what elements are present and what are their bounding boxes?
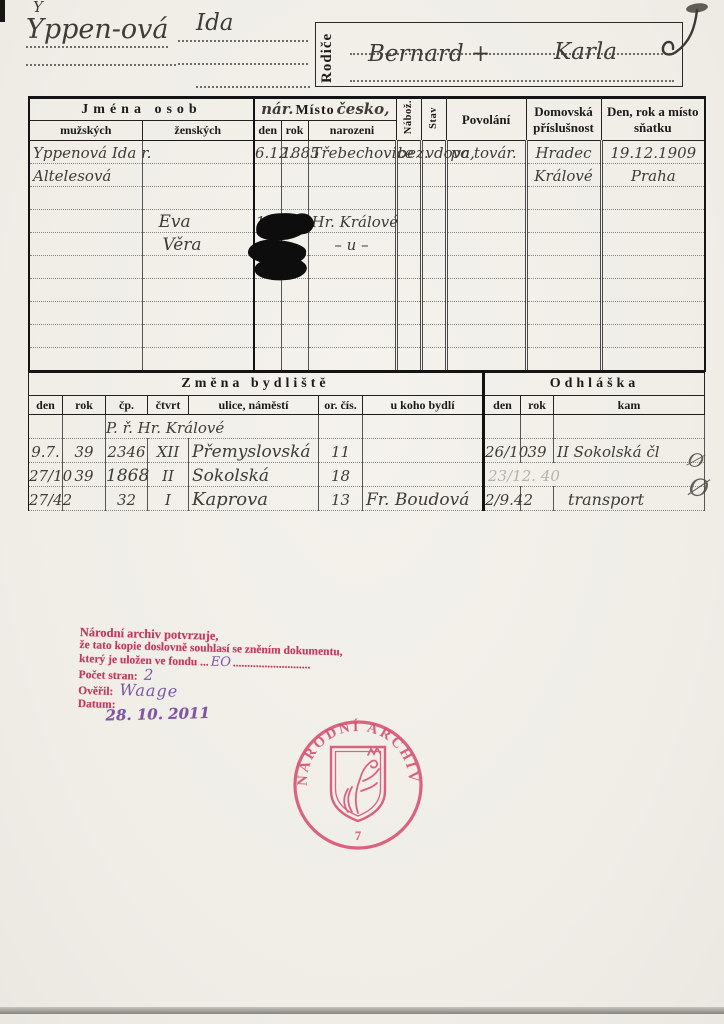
hw-entry: 13 [331,491,350,509]
hw-entry: 27/42 [29,491,72,509]
cell-oden: 2/9.42 [484,487,521,511]
cell-povolani [446,279,526,302]
t2-header-zmena: Změna bydliště [29,372,484,396]
cell-m: Altelesová [29,164,142,187]
dotted-line [26,46,168,48]
table-row [29,279,705,302]
dotted-line [26,64,176,66]
hw-entry: Přemyslovská [189,442,311,462]
t2-header-den: den [29,396,63,415]
cell-oden: 26/10 [484,439,521,463]
cell-rok [63,415,106,439]
margin-pen-mark: Ø [687,473,710,503]
cell-ulice: Přemyslovská [189,439,319,463]
cell-cp: 1868 [106,463,148,487]
cell-povolani [446,325,526,348]
t2-header-oden: den [484,396,521,415]
t2-header-cp: čp. [106,396,148,415]
scanned-registration-card: Y Yppen-ová Ida Rodiče Bernard + Karla J… [0,0,724,1024]
cell-rok: 39 [63,439,106,463]
t2-header-ukoho: u koho bydlí [363,396,484,415]
cell-oden [484,415,521,439]
hw-entry: Sokolská [189,466,269,486]
t2-header-rok: rok [63,396,106,415]
fond-handwritten: EO [211,655,232,671]
hw-entry: 39 [527,443,546,461]
cell-rok [281,187,308,210]
cell-f [142,348,254,372]
table-row [29,256,705,279]
t2-header-orok: rok [521,396,554,415]
cell-den [254,187,281,210]
cell-ctvrt: I [148,487,189,511]
cell-naboz [396,302,421,325]
t1-header-zenskych: ženských [142,121,254,141]
cell-den: 27/42 [29,487,63,511]
cell-stav [421,279,446,302]
cell-orcis: 18 [319,463,363,487]
table-row: 27/42 32 I Kaprova 13 Fr. Boudová 2/9.42… [29,487,705,511]
stamp-number: 7 [355,828,362,843]
cell-snatek [601,279,705,302]
hw-entry: Altelesová [30,167,111,185]
hw-entry: 23/12. 40 [485,467,560,485]
cell-naboz [396,325,421,348]
hw-entry: 32 [117,491,136,509]
table-row: 9.7. 39 2346 XII Přemyslovská 11 26/10 3… [29,439,705,463]
cell-misto [308,348,396,372]
cell-snatek [601,348,705,372]
hw-entry: I [165,491,171,509]
cell-snatek [601,325,705,348]
table-row [29,187,705,210]
cell-snatek: Praha [601,164,705,187]
cell-domov [526,325,601,348]
hw-entry: Yppenová Ida r. [30,144,151,162]
stav-label: Stav [428,107,439,129]
misto-printed: Místo [295,103,334,118]
cell-snatek [601,256,705,279]
table-row: 27/10 39 1868 II Sokolská 18 23/12. 40 [29,463,705,487]
cell-stav [421,325,446,348]
cell-orok [521,415,554,439]
cell-f [142,279,254,302]
scan-bottom-edge [0,1007,724,1014]
mother-name-handwritten: Karla [554,39,617,65]
hw-entry: 9.7. [31,443,60,461]
t2-header-orcis: or. čís. [319,396,363,415]
cell-misto [308,279,396,302]
hw-entry: Hr. Králové [309,213,399,231]
cell-cp: 2346 [106,439,148,463]
cell-snatek [601,187,705,210]
cell-povolani [446,210,526,233]
cell-f: Eva [142,210,254,233]
cell-kam [554,415,705,439]
hw-entry: 11 [331,443,350,461]
t1-header-rok: rok [281,121,308,141]
hw-entry: Eva [143,212,191,232]
cell-misto [308,187,396,210]
hw-entry: 26/10 [485,443,528,461]
cell-povolani [446,187,526,210]
pen-hook-mark [645,0,715,78]
parents-label: Rodiče [319,25,336,83]
t1-header-narozeni: narozeni [308,121,396,141]
cell-m [29,256,142,279]
hw-entry: 2346 [107,443,145,461]
hw-entry: II [162,467,174,485]
t2-header-kam: kam [554,396,705,415]
t1-header-muzskych: mužských [29,121,142,141]
t2-header-ctvrt: čtvrt [148,396,189,415]
cell-rok: 1885 [281,141,308,164]
cell-misto [308,325,396,348]
cell-kam: II Sokolská čl [554,439,705,463]
cell-ctvrt: XII [148,439,189,463]
cell-m: Yppenová Ida r. [29,141,142,164]
t1-header-domovska: Domovská příslušnost [526,98,601,141]
cell-domov [526,348,601,372]
cell-domov: Králové [526,164,601,187]
t2-subheader-row: den rok čp. čtvrt ulice, náměstí or. čís… [29,396,705,415]
cell-povolani [446,302,526,325]
table-row [29,348,705,372]
cell-stav [421,256,446,279]
t1-header-povolani: Povolání [446,98,526,141]
hw-cesko: česko, [337,100,390,118]
cell-rok [281,348,308,372]
cell-stav: vdova, [421,141,446,164]
cell-naboz [396,187,421,210]
table-row: Eva 10/ Hr. Králové [29,210,705,233]
cell-domov [526,256,601,279]
cell-m [29,233,142,256]
cell-stav [421,233,446,256]
cell-f [142,325,254,348]
cell-domov [526,210,601,233]
cell-den: 6.12. [254,141,281,164]
cell-den [254,348,281,372]
dotted-line [350,80,674,82]
t1-header-jmena: Jména osob [29,98,254,121]
hw-nar: nár. [261,100,293,118]
cell-residence-heading: P. ř. Hr. Králové [106,415,319,439]
hw-entry: 39 [74,443,93,461]
cell-misto: Hr. Králové [308,210,396,233]
cell-rok [281,325,308,348]
cell-m [29,210,142,233]
surname-handwritten: Yppen-ová [26,14,169,45]
hw-entry [143,144,146,162]
cell-snatek [601,302,705,325]
cell-misto [308,256,396,279]
cell-ukoho [363,439,484,463]
cell-povolani [446,164,526,187]
hw-entry: 27/10 [29,467,72,485]
cell-ulice: Kaprova [189,487,319,511]
cell-naboz [396,348,421,372]
cell-rok [281,279,308,302]
dotted-line [196,86,310,88]
cell-ukoho: Fr. Boudová [363,487,484,511]
cell-stav [421,348,446,372]
verified-label: Ověřil: [78,685,113,698]
cell-den [254,164,281,187]
cell-m [29,279,142,302]
table-row [29,302,705,325]
cell-snatek: 19.12.1909 [601,141,705,164]
cell-den [254,325,281,348]
naboz-label: Nábož. [403,100,414,134]
hw-entry: 2/9.42 [485,491,533,509]
hw-entry: II Sokolská čl [554,443,660,461]
cell-domov [526,187,601,210]
cell-naboz: bez. [396,141,421,164]
cell-rok [281,302,308,325]
cell-f [142,141,254,164]
hw-entry: Králové [534,167,593,185]
cell-snatek [601,210,705,233]
table-row: Altelesová Králové Praha [29,164,705,187]
hw-entry: Věra [143,235,202,255]
cell-m [29,187,142,210]
t2-header-odhlaska: Odhláška [484,372,705,396]
hw-entry: 39 [74,467,93,485]
cell-den: 9.7. [29,439,63,463]
cell-stav [421,302,446,325]
hw-entry: 1868 [106,466,149,486]
hw-entry: po továr. [448,144,517,162]
hw-entry: Fr. Boudová [363,490,469,510]
cell-naboz [396,256,421,279]
t1-header-snatek: Den, rok a místo sňatku [601,98,705,141]
cell-m [29,302,142,325]
cell-stav [421,210,446,233]
cell-domov: Hradec [526,141,601,164]
cell-odhlaska-faint: 23/12. 40 [484,463,705,487]
scan-edge-mark [0,0,5,22]
hw-entry: – u – [334,236,368,254]
parents-box: Rodiče Bernard + Karla [315,22,683,87]
verifier-signature: Waage [119,680,178,701]
cell-ctvrt: II [148,463,189,487]
dotted-line [178,63,308,65]
cell-povolani [446,233,526,256]
cell-orcis [319,415,363,439]
cell-m [29,348,142,372]
cell-m [29,325,142,348]
persons-table: Jména osob nár.Místočesko, Nábož. Stav P… [28,96,706,372]
hw-entry: P. ř. Hr. Králové [106,419,224,437]
cell-f [142,302,254,325]
t2-header-ulice: ulice, náměstí [189,396,319,415]
archive-round-stamp: NÁRODNÍ ARCHIV 7 [282,709,434,861]
hw-entry: Kaprova [189,489,268,510]
cell-ukoho [363,463,484,487]
cell-f [142,164,254,187]
certification-stamp-text: Národní archiv potvrzuje, že tato kopie … [78,626,440,721]
cell-den [254,302,281,325]
table-row: Yppenová Ida r. 6.12. 1885 Třebechovice … [29,141,705,164]
t1-header-row: Jména osob nár.Místočesko, Nábož. Stav P… [29,98,705,121]
cell-den: 27/10 [29,463,63,487]
cell-naboz [396,279,421,302]
cell-naboz [396,210,421,233]
t1-header-misto: nár.Místočesko, [254,98,396,121]
t1-header-naboz: Nábož. [396,98,421,141]
hw-entry: XII [157,443,180,461]
t1-header-den: den [254,121,281,141]
cell-naboz [396,233,421,256]
lion-emblem [344,748,380,813]
cell-domov [526,233,601,256]
residence-table: Změna bydliště Odhláška den rok čp. čtvr… [28,370,705,511]
cell-cp: 32 [106,487,148,511]
father-name-handwritten: Bernard + [368,41,490,67]
cell-domov [526,302,601,325]
cell-orcis: 13 [319,487,363,511]
cell-den [254,279,281,302]
cell-misto: – u – [308,233,396,256]
cell-misto [308,164,396,187]
hw-entry: 18 [331,467,350,485]
table-row: Věra – u – [29,233,705,256]
date-handwritten: 28. 10. 2011 [105,707,210,723]
cell-ulice: Sokolská [189,463,319,487]
hw-entry: 19.12.1909 [610,144,696,162]
cell-f: Věra [142,233,254,256]
cell-povolani [446,256,526,279]
table-row: P. ř. Hr. Králové [29,415,705,439]
fond-dots: ........................... [233,658,311,672]
firstname-handwritten: Ida [196,10,234,36]
cell-f [142,187,254,210]
t1-header-stav: Stav [421,98,446,141]
table-row [29,325,705,348]
cell-rok [281,164,308,187]
cell-povolani [446,348,526,372]
cell-den [29,415,63,439]
cell-povolani: po továr. [446,141,526,164]
hw-entry: Hradec [535,144,591,162]
cell-misto: Třebechovice [308,141,396,164]
hw-entry: transport [554,490,644,509]
cell-snatek [601,233,705,256]
cell-orcis: 11 [319,439,363,463]
cell-f [142,256,254,279]
hw-entry: Praha [631,167,676,185]
cell-stav [421,164,446,187]
cell-naboz [396,164,421,187]
cell-domov [526,279,601,302]
cell-kam: transport [554,487,705,511]
cell-stav [421,187,446,210]
dotted-line [178,40,308,42]
t2-header-row: Změna bydliště Odhláška [29,372,705,396]
cell-misto [308,302,396,325]
cell-ukoho [363,415,484,439]
